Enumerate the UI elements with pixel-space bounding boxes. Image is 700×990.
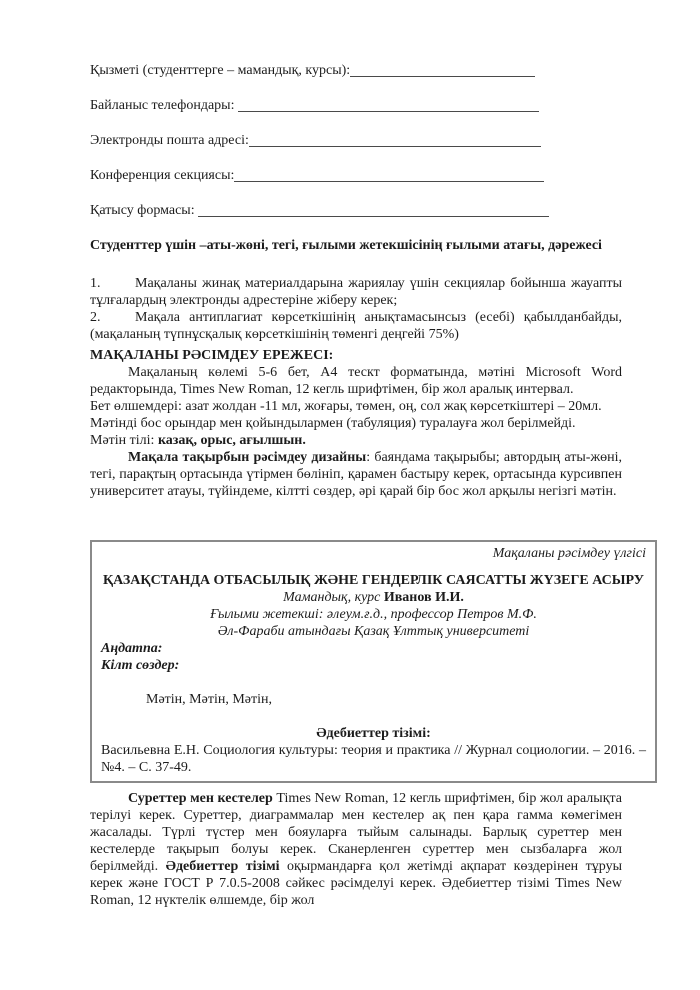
references-lead: Әдебиеттер тізімі [166, 859, 280, 874]
design-lead: Мақала тақырбын рәсімдеу дизайны [128, 450, 366, 465]
sample-university-line: Әл-Фараби атындағы Қазақ Ұлттық универси… [101, 623, 646, 640]
fill-in-line [198, 202, 549, 217]
form-label-phone: Байланыс телефондары: [90, 97, 238, 114]
rules-paragraph-language: Мәтін тілі: казақ, орыс, ағылшын. [90, 432, 622, 449]
form-label-section: Конференция секциясы: [90, 167, 234, 184]
sample-body-text: Мәтін, Мәтін, Мәтін, [101, 691, 646, 708]
sample-supervisor-line: Ғылыми жетекші: әлеум.ғ.д., профессор Пе… [101, 606, 646, 623]
sample-article-box: Мақаланы рәсімдеу үлгісі ҚАЗАҚСТАНДА ОТБ… [90, 540, 657, 783]
figures-tables-paragraph: Суреттер мен кестелер Times New Roman, 1… [90, 790, 622, 909]
abstract-label: Аңдатпа: [101, 640, 646, 657]
document-page: Қызметі (студенттерге – мамандық, курсы)… [0, 0, 700, 990]
rules-section-heading: МАҚАЛАНЫ РӘСІМДЕУ ЕРЕЖЕСІ: [90, 347, 622, 364]
language-label: Мәтін тілі: [90, 433, 158, 448]
form-label-position: Қызметі (студенттерге – мамандық, курсы)… [90, 62, 350, 79]
sample-article-title: ҚАЗАҚСТАНДА ОТБАСЫЛЫҚ ЖӘНЕ ГЕНДЕРЛІК САЯ… [101, 572, 646, 589]
contact-form-section: Қызметі (студенттерге – мамандық, курсы)… [90, 62, 622, 219]
keywords-label: Кілт сөздер: [101, 657, 646, 674]
reference-entry: Васильевна Е.Н. Социология культуры: тео… [101, 742, 646, 776]
form-row-email: Электронды пошта адресі: [90, 132, 622, 149]
form-row-participation: Қатысу формасы: [90, 202, 622, 219]
fill-in-line [238, 97, 539, 112]
numbered-list: 1.Мақаланы жинақ материалдарына жариялау… [90, 275, 622, 343]
sample-author-line: Мамандық, курс Иванов И.И. [101, 589, 646, 606]
list-item-text: Мақаланы жинақ материалдарына жариялау ү… [90, 276, 622, 308]
rules-paragraph-margins: Бет өлшемдері: азат жолдан -11 мл, жоғар… [90, 398, 622, 415]
students-note-heading: Студенттер үшін –аты-жөні, тегі, ғылыми … [90, 237, 622, 254]
blank-line [101, 708, 646, 725]
specialty-text: Мамандық, курс [283, 590, 384, 605]
fill-in-line [350, 62, 535, 77]
blank-line [101, 674, 646, 691]
rules-paragraph-design: Мақала тақырбын рәсімдеу дизайны: баянда… [90, 449, 622, 500]
form-row-phone: Байланыс телефондары: [90, 97, 622, 114]
figures-lead: Суреттер мен кестелер [128, 791, 273, 806]
form-label-participation: Қатысу формасы: [90, 202, 198, 219]
form-label-email: Электронды пошта адресі: [90, 132, 249, 149]
form-row-position: Қызметі (студенттерге – мамандық, курсы)… [90, 62, 622, 79]
list-item-text: Мақала антиплагиат көрсеткішінің анықтам… [90, 310, 622, 342]
form-row-section: Конференция секциясы: [90, 167, 622, 184]
author-name: Иванов И.И. [384, 590, 464, 605]
list-item: 1.Мақаланы жинақ материалдарына жариялау… [90, 275, 622, 309]
fill-in-line [249, 132, 541, 147]
references-heading: Әдебиеттер тізімі: [101, 725, 646, 742]
rules-paragraph-volume: Мақаланың көлемі 5-6 бет, А4 тескт форма… [90, 364, 622, 398]
list-item-number: 1. [90, 275, 135, 292]
fill-in-line [234, 167, 544, 182]
sample-box-caption: Мақаланы рәсімдеу үлгісі [101, 545, 646, 562]
language-list: казақ, орыс, ағылшын. [158, 433, 306, 448]
rules-paragraph-tabs: Мәтінді бос орындар мен қойындылармен (т… [90, 415, 622, 432]
list-item: 2.Мақала антиплагиат көрсеткішінің анықт… [90, 309, 622, 343]
list-item-number: 2. [90, 309, 135, 326]
